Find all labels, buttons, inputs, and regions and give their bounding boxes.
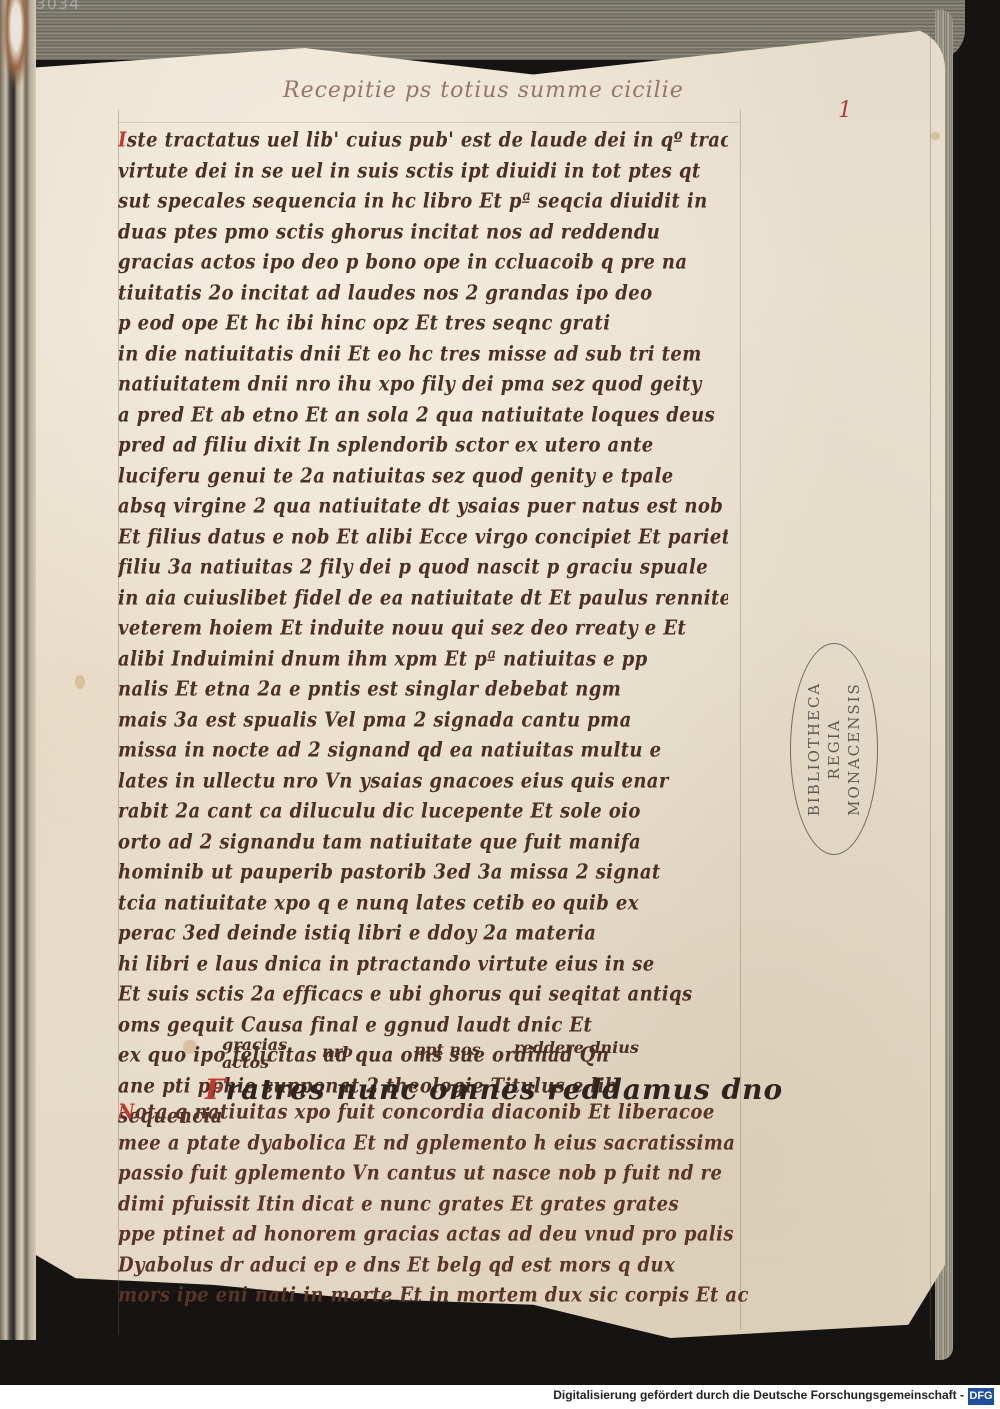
- manuscript-line: veterem hoiem Et induite nouu qui sez de…: [118, 612, 728, 647]
- manuscript-line: Iste tractatus uel lib' cuius pub' est d…: [118, 124, 728, 159]
- line-text: p eod ope Et hc ibi hinc opz Et tres seq…: [118, 311, 610, 335]
- line-text: hi libri e laus dnica in ptractando virt…: [118, 952, 655, 976]
- rubric-initial: N: [118, 1100, 135, 1124]
- footer-bar: Digitalisierung gefördert durch die Deut…: [0, 1385, 1000, 1409]
- manuscript-line: ppe ptinet ad honorem gracias actas ad d…: [118, 1218, 758, 1253]
- line-text: perac 3ed deinde istiq libri e ddoy 2a m…: [118, 921, 596, 945]
- manuscript-line: absq virgine 2 qua natiuitate dt ysaias …: [118, 490, 728, 525]
- gloss-word: reddere dnius: [514, 1038, 639, 1057]
- line-text: Et suis sctis 2a efficacs e ubi ghorus q…: [118, 982, 693, 1006]
- manuscript-line: mors ipe eni nati in morte Et in mortem …: [118, 1279, 758, 1314]
- line-text: ppe ptinet ad honorem gracias actas ad d…: [118, 1222, 734, 1246]
- manuscript-scan: 0103034 Recepitie ps totius summe cicili…: [0, 0, 1000, 1385]
- line-text: nalis Et etna 2a e pntis est singlar deb…: [118, 677, 621, 701]
- gloss-word: nro: [322, 1042, 353, 1061]
- line-text: alibi Induimini dnum ihm xpm Et pª natiu…: [118, 647, 648, 671]
- main-text-block: Iste tractatus uel lib' cuius pub' est d…: [118, 126, 728, 1133]
- stain: [75, 675, 85, 689]
- binding-damage: [2, 0, 30, 90]
- manuscript-line: natiuitatem dnii nro ihu xpo fily dei pm…: [118, 368, 728, 403]
- manuscript-line: rabit 2a cant ca diluculu dic lucepente …: [118, 795, 728, 830]
- manuscript-line: Nota q natiuitas xpo fuit concordia diac…: [118, 1096, 758, 1131]
- line-text: Et filius datus e nob Et alibi Ecce virg…: [118, 525, 728, 549]
- manuscript-line: p eod ope Et hc ibi hinc opz Et tres seq…: [118, 307, 728, 342]
- line-text: ota q natiuitas xpo fuit concordia diaco…: [135, 1100, 715, 1124]
- gloss-word: ppt nos: [414, 1040, 481, 1059]
- line-text: absq virgine 2 qua natiuitate dt ysaias …: [118, 494, 723, 518]
- line-text: virtute dei in se uel in suis sctis ipt …: [118, 159, 701, 183]
- folio-number: 1: [838, 98, 852, 123]
- line-text: mais 3a est spualis Vel pma 2 signada ca…: [118, 708, 632, 732]
- manuscript-line: hominib ut pauperib pastorib 3ed 3a miss…: [118, 856, 728, 891]
- manuscript-line: gracias actos ipo deo p bono ope in cclu…: [118, 246, 728, 281]
- manuscript-line: perac 3ed deinde istiq libri e ddoy 2a m…: [118, 917, 728, 952]
- manuscript-line: nalis Et etna 2a e pntis est singlar deb…: [118, 673, 728, 708]
- dfg-logo: DFG: [968, 1388, 994, 1405]
- stamp-line: BIBLIOTHECA: [804, 649, 824, 849]
- text-after-heading: Nota q natiuitas xpo fuit concordia diac…: [118, 1098, 758, 1312]
- line-text: filiu 3a natiuitas 2 fily dei p quod nas…: [118, 555, 708, 579]
- line-text: gracias actos ipo deo p bono ope in cclu…: [118, 250, 687, 274]
- rubric-initial: I: [118, 128, 127, 152]
- stain: [930, 132, 940, 140]
- stamp-line: MONACENSIS: [844, 649, 864, 849]
- gloss-word: gracias actos: [222, 1036, 272, 1072]
- line-text: tiuitatis 2o incitat ad laudes nos 2 gra…: [118, 281, 653, 305]
- line-text: duas ptes pmo sctis ghorus incitat nos a…: [118, 220, 660, 244]
- funding-credit: Digitalisierung gefördert durch die Deut…: [553, 1388, 964, 1402]
- line-text: in die natiuitatis dnii Et eo hc tres mi…: [118, 342, 702, 366]
- stamp-line: REGIA: [824, 649, 844, 849]
- line-text: dimi pfuissit Itin dicat e nunc grates E…: [118, 1192, 679, 1216]
- line-text: natiuitatem dnii nro ihu xpo fily dei pm…: [118, 372, 702, 396]
- line-text: hominib ut pauperib pastorib 3ed 3a miss…: [118, 860, 661, 884]
- line-text: orto ad 2 signandu tam natiuitate que fu…: [118, 830, 641, 854]
- manuscript-line: sut specales sequencia in hc libro Et pª…: [118, 185, 728, 220]
- line-text: lates in ullectu nro Vn ysaias gnacoes e…: [118, 769, 669, 793]
- line-text: missa in nocte ad 2 signand qd ea natiui…: [118, 738, 661, 762]
- line-text: mors ipe eni nati in morte Et in mortem …: [118, 1283, 749, 1307]
- manuscript-line: missa in nocte ad 2 signand qd ea natiui…: [118, 734, 728, 769]
- manuscript-line: Et suis sctis 2a efficacs e ubi ghorus q…: [118, 978, 728, 1013]
- manuscript-line: filiu 3a natiuitas 2 fily dei p quod nas…: [118, 551, 728, 586]
- line-text: mee a ptate dyabolica Et nd gplemento h …: [118, 1131, 735, 1155]
- line-text: luciferu genui te 2a natiuitas sez quod …: [118, 464, 674, 488]
- line-text: rabit 2a cant ca diluculu dic lucepente …: [118, 799, 641, 823]
- binding-spine: [0, 0, 36, 1340]
- manuscript-line: passio fuit gplemento Vn cantus ut nasce…: [118, 1157, 758, 1192]
- stamp-text: BIBLIOTHECA REGIA MONACENSIS: [804, 649, 864, 849]
- ruling-outer: [930, 30, 931, 1340]
- manuscript-line: pred ad filiu dixit In splendorib sctor …: [118, 429, 728, 464]
- line-text: sut specales sequencia in hc libro Et pª…: [118, 189, 708, 213]
- line-text: a pred Et ab etno Et an sola 2 qua natiu…: [118, 403, 715, 427]
- header-note: Recepitie ps totius summe cicilie: [283, 78, 684, 103]
- line-text: ste tractatus uel lib' cuius pub' est de…: [127, 128, 728, 152]
- line-text: tcia natiuitate xpo q e nunq lates cetib…: [118, 891, 639, 915]
- line-text: veterem hoiem Et induite nouu qui sez de…: [118, 616, 686, 640]
- line-text: pred ad filiu dixit In splendorib sctor …: [118, 433, 654, 457]
- line-text: Dyabolus dr aduci ep e dns Et belg qd es…: [118, 1253, 675, 1277]
- line-text: passio fuit gplemento Vn cantus ut nasce…: [118, 1161, 722, 1185]
- line-text: in aia cuiuslibet fidel de ea natiuitate…: [118, 586, 728, 610]
- library-stamp: BIBLIOTHECA REGIA MONACENSIS: [790, 643, 878, 855]
